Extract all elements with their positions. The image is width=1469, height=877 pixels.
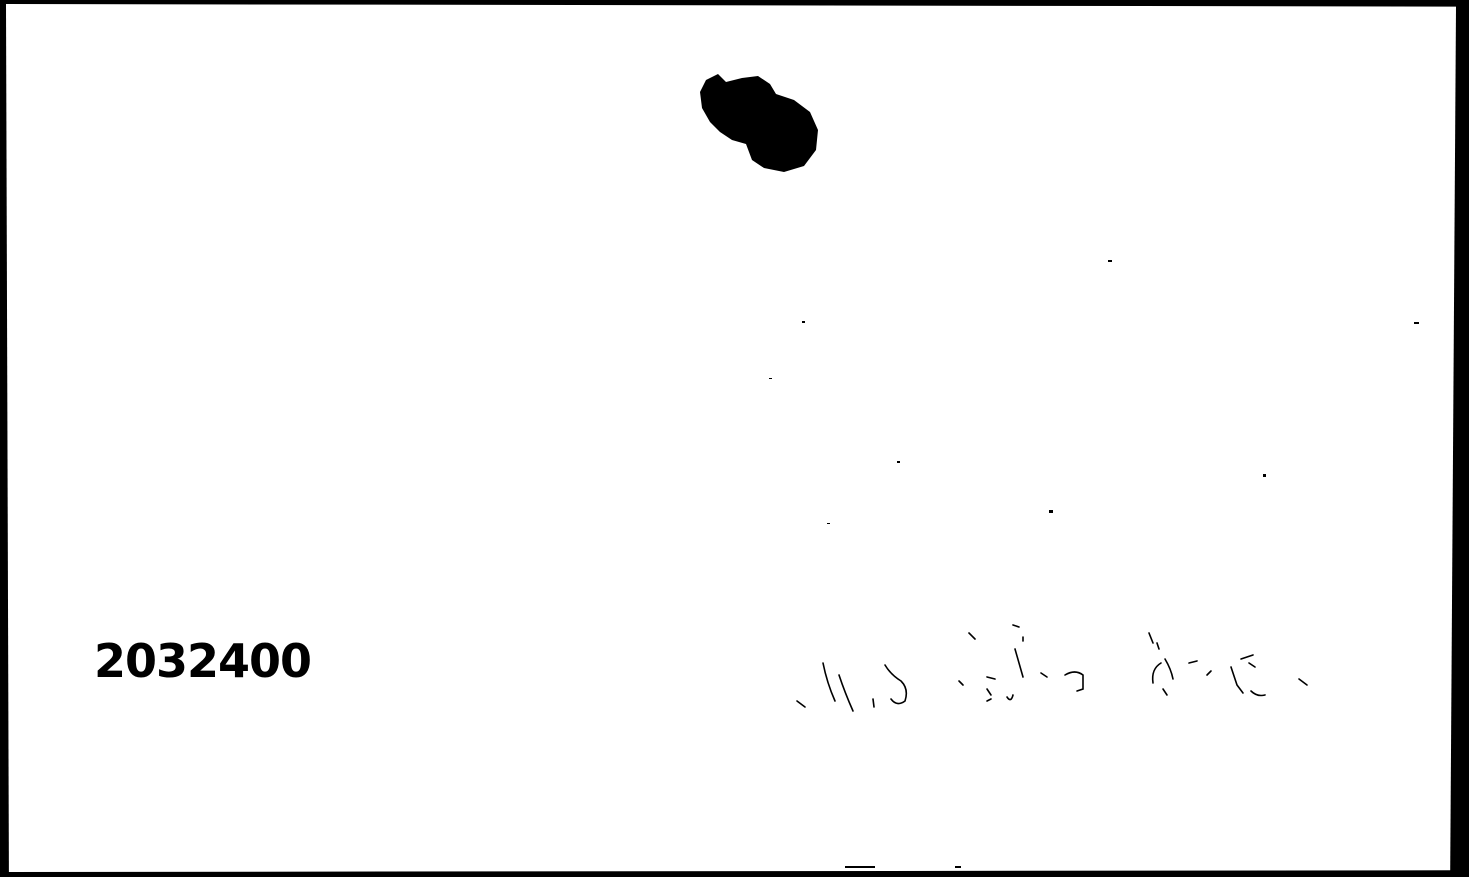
- index-card: 2032400: [6, 4, 1456, 872]
- ink-blot: [698, 70, 820, 172]
- handwritten-note: [791, 619, 1331, 719]
- card-number: 2032400: [94, 638, 311, 684]
